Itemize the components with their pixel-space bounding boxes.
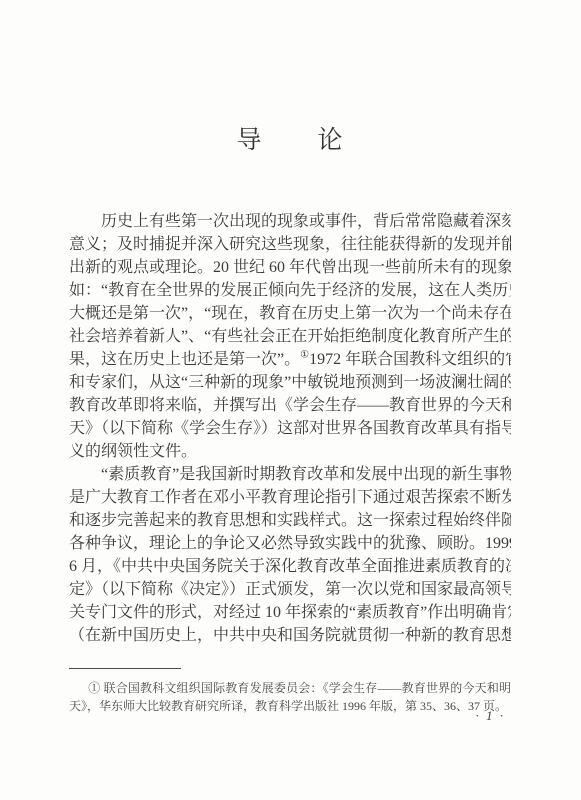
text-line: 教育改革即将来临，并撰写出《学会生存——教育世界的今天和明 bbox=[69, 394, 511, 417]
page-number: · 1 · bbox=[476, 708, 506, 724]
text-segment: 1972 年联合国教科文组织的官员 bbox=[309, 351, 511, 368]
text-line: 大概还是第一次”，“现在，教育在历史上第一次为一个尚未存在的 bbox=[69, 302, 511, 325]
text-line: 是广大教育工作者在邓小平教育理论指引下通过艰苦探索不断发展 bbox=[69, 486, 511, 509]
page-title: 导 论 bbox=[0, 0, 581, 156]
text-line: （在新中国历史上，中共中央和国务院就贯彻一种新的教育思想联合 bbox=[69, 624, 511, 647]
book-page: 导 论 历史上有些第一次出现的现象或事件，背后常常隐藏着深刻的 意义；及时捕捉并… bbox=[0, 0, 581, 800]
text-segment: 果，这在历史上也还是第一次”。 bbox=[69, 351, 300, 368]
text-line: 社会培养着新人”、“有些社会正在开始拒绝制度化教育所产生的成 bbox=[69, 325, 511, 348]
text-line: 出新的观点或理论。20 世纪 60 年代曾出现一些前所未有的现象，例 bbox=[69, 256, 511, 279]
text-line: 和逐步完善起来的教育思想和实践样式。这一探索过程始终伴随着 bbox=[69, 509, 511, 532]
footnote-line: 天》，华东师大比较教育研究所译，教育科学出版社 1996 年版，第 35、36、… bbox=[69, 698, 511, 716]
text-line: 各种争议，理论上的争论又必然导致实践中的犹豫、顾盼。1999 年 bbox=[69, 532, 511, 555]
footnote-separator bbox=[69, 668, 181, 669]
text-line-with-footnote-ref: 果，这在历史上也还是第一次”。①1972 年联合国教科文组织的官员 bbox=[69, 348, 511, 371]
footnote: ① 联合国教科文组织国际教育发展委员会：《学会生存——教育世界的今天和明 天》，… bbox=[69, 680, 511, 715]
text-line: 定》（以下简称《决定》）正式颁发，第一次以党和国家最高领导机 bbox=[69, 578, 511, 601]
text-line: 如：“教育在全世界的发展正倾向先于经济的发展，这在人类历史上 bbox=[69, 279, 511, 302]
text-line: 和专家们，从这“三种新的现象”中敏锐地预测到一场波澜壮阔的 bbox=[69, 371, 511, 394]
text-line: 天》（以下简称《学会生存》）这部对世界各国教育改革具有指导意 bbox=[69, 417, 511, 440]
text-line: 关专门文件的形式，对经过 10 年探索的“素质教育”作出明确肯定 bbox=[69, 601, 511, 624]
text-line: 意义；及时捕捉并深入研究这些现象，往往能获得新的发现并能提 bbox=[69, 233, 511, 256]
footnote-line: ① 联合国教科文组织国际教育发展委员会：《学会生存——教育世界的今天和明 bbox=[69, 680, 511, 698]
footnote-ref-marker: ① bbox=[300, 350, 309, 361]
text-line: 历史上有些第一次出现的现象或事件，背后常常隐藏着深刻的 bbox=[69, 210, 511, 233]
text-line: 义的纲领性文件。 bbox=[69, 440, 511, 463]
body-text: 历史上有些第一次出现的现象或事件，背后常常隐藏着深刻的 意义；及时捕捉并深入研究… bbox=[69, 210, 511, 647]
text-line: 6 月，《中共中央国务院关于深化教育改革全面推进素质教育的决 bbox=[69, 555, 511, 578]
text-line: “素质教育”是我国新时期教育改革和发展中出现的新生事物， bbox=[69, 463, 511, 486]
